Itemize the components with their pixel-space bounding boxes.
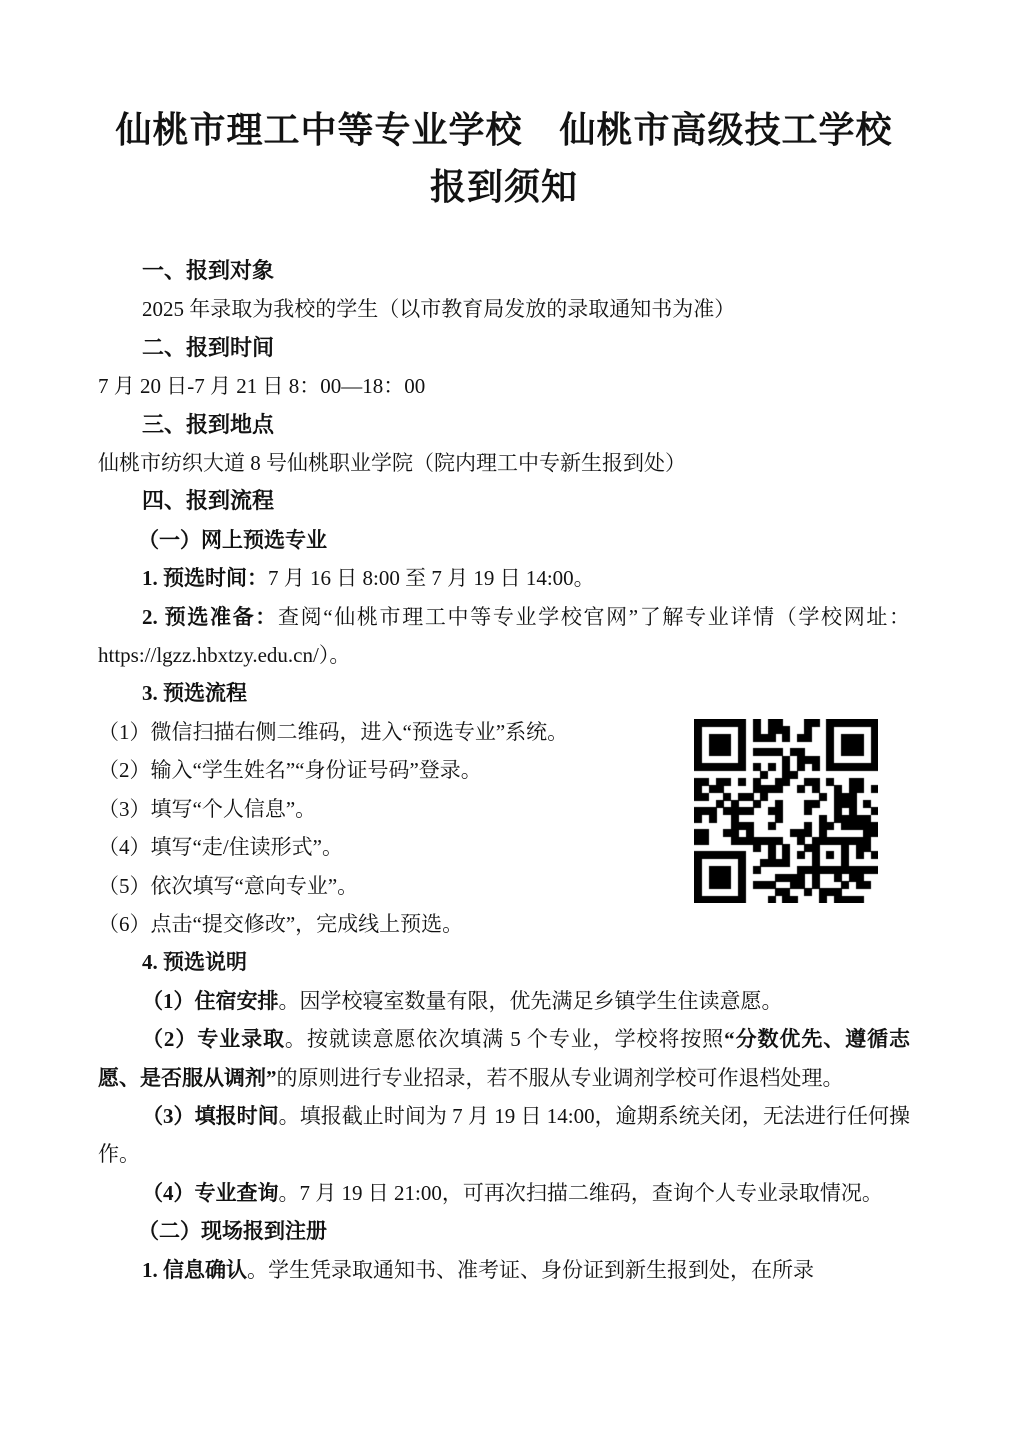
- text-run: 。7 月 19 日 21:00，可再次扫描二维码，查询个人专业录取情况。: [279, 1181, 883, 1205]
- paragraph: （1）住宿安排。因学校寝室数量有限，优先满足乡镇学生住读意愿。: [98, 982, 910, 1020]
- qr-code-icon: [694, 719, 878, 903]
- paragraph: 3. 预选流程: [98, 674, 910, 712]
- paragraph: 7 月 20 日-7 月 21 日 8：00—18：00: [98, 367, 910, 405]
- step-item: （2）输入“学生姓名”“身份证号码”登录。: [98, 751, 694, 789]
- step-item: （6）点击“提交修改”，完成线上预选。: [98, 905, 694, 943]
- bold-text-run: 2. 预选准备：: [142, 605, 278, 629]
- text-run: 的原则进行专业招录，若不服从专业调剂学校可作退档处理。: [277, 1066, 844, 1090]
- paragraph: （3）填报时间。填报截止时间为 7 月 19 日 14:00，逾期系统关闭，无法…: [98, 1097, 910, 1174]
- bold-text-run: 3. 预选流程: [142, 681, 247, 705]
- paragraph: （2）专业录取。按就读意愿依次填满 5 个专业，学校将按照“分数优先、遵循志愿、…: [98, 1020, 910, 1097]
- text-run: 。按就读意愿依次填满 5 个专业，学校将按照: [285, 1027, 724, 1051]
- paragraph: （4）专业查询。7 月 19 日 21:00，可再次扫描二维码，查询个人专业录取…: [98, 1174, 910, 1212]
- qr-code-container: [694, 713, 910, 903]
- title-line-2: 报到须知: [98, 159, 910, 216]
- text-run: （3）填写“个人信息”。: [98, 797, 316, 821]
- bold-text-run: （一）网上预选专业: [138, 528, 327, 552]
- paragraph: 1. 信息确认。学生凭录取通知书、准考证、身份证到新生报到处，在所录: [98, 1251, 910, 1289]
- bold-text-run: 二、报到时间: [142, 335, 274, 360]
- bold-text-run: 4. 预选说明: [142, 950, 247, 974]
- section-heading: 三、报到地点: [98, 406, 910, 444]
- title-line-1: 仙桃市理工中等专业学校 仙桃市高级技工学校: [98, 102, 910, 159]
- document-body: 一、报到对象2025 年录取为我校的学生（以市教育局发放的录取通知书为准）二、报…: [98, 252, 910, 1289]
- text-run: 2025 年录取为我校的学生（以市教育局发放的录取通知书为准）: [142, 297, 735, 321]
- paragraph: 2025 年录取为我校的学生（以市教育局发放的录取通知书为准）: [98, 290, 910, 328]
- text-run: （6）点击“提交修改”，完成线上预选。: [98, 912, 463, 936]
- paragraph: 仙桃市纺织大道 8 号仙桃职业学院（院内理工中专新生报到处）: [98, 444, 910, 482]
- text-run: 。学生凭录取通知书、准考证、身份证到新生报到处，在所录: [247, 1258, 814, 1282]
- bold-text-run: 四、报到流程: [142, 488, 274, 513]
- subsection-heading: （二）现场报到注册: [98, 1212, 910, 1250]
- text-run: （2）输入“学生姓名”“身份证号码”登录。: [98, 758, 482, 782]
- step-item: （1）微信扫描右侧二维码，进入“预选专业”系统。: [98, 713, 694, 751]
- paragraph: 1. 预选时间：7 月 16 日 8:00 至 7 月 19 日 14:00。: [98, 559, 910, 597]
- text-run: （1）微信扫描右侧二维码，进入“预选专业”系统。: [98, 720, 568, 744]
- step-item: （4）填写“走/住读形式”。: [98, 828, 694, 866]
- preselect-steps-list: （1）微信扫描右侧二维码，进入“预选专业”系统。（2）输入“学生姓名”“身份证号…: [98, 713, 694, 943]
- document-page: 仙桃市理工中等专业学校 仙桃市高级技工学校 报到须知 一、报到对象2025 年录…: [0, 0, 1024, 1440]
- text-run: （5）依次填写“意向专业”。: [98, 874, 358, 898]
- bold-text-run: 三、报到地点: [142, 412, 274, 437]
- paragraph: 2. 预选准备：查阅“仙桃市理工中等专业学校官网”了解专业详情（学校网址：htt…: [98, 598, 910, 675]
- text-run: 仙桃市纺织大道 8 号仙桃职业学院（院内理工中专新生报到处）: [98, 451, 686, 475]
- paragraph: 4. 预选说明: [98, 943, 910, 981]
- subsection-heading: （一）网上预选专业: [98, 521, 910, 559]
- bold-text-run: （2）专业录取: [142, 1027, 285, 1051]
- bold-text-run: 1. 预选时间：: [142, 566, 268, 590]
- bold-text-run: （二）现场报到注册: [138, 1219, 327, 1243]
- text-run: 7 月 16 日 8:00 至 7 月 19 日 14:00。: [268, 566, 595, 590]
- document-title: 仙桃市理工中等专业学校 仙桃市高级技工学校 报到须知: [98, 0, 910, 216]
- step-item: （5）依次填写“意向专业”。: [98, 867, 694, 905]
- section-heading: 二、报到时间: [98, 329, 910, 367]
- bold-text-run: （3）填报时间: [142, 1104, 279, 1128]
- bold-text-run: 一、报到对象: [142, 258, 274, 283]
- bold-text-run: （4）专业查询: [142, 1181, 279, 1205]
- step-item: （3）填写“个人信息”。: [98, 790, 694, 828]
- bold-text-run: （1）住宿安排: [142, 989, 279, 1013]
- section-heading: 一、报到对象: [98, 252, 910, 290]
- preselect-steps-section: （1）微信扫描右侧二维码，进入“预选专业”系统。（2）输入“学生姓名”“身份证号…: [98, 713, 910, 943]
- text-run: （4）填写“走/住读形式”。: [98, 835, 343, 859]
- text-run: 。因学校寝室数量有限，优先满足乡镇学生住读意愿。: [279, 989, 783, 1013]
- text-run: 7 月 20 日-7 月 21 日 8：00—18：00: [98, 374, 425, 398]
- section-heading: 四、报到流程: [98, 482, 910, 520]
- bold-text-run: 1. 信息确认: [142, 1258, 247, 1282]
